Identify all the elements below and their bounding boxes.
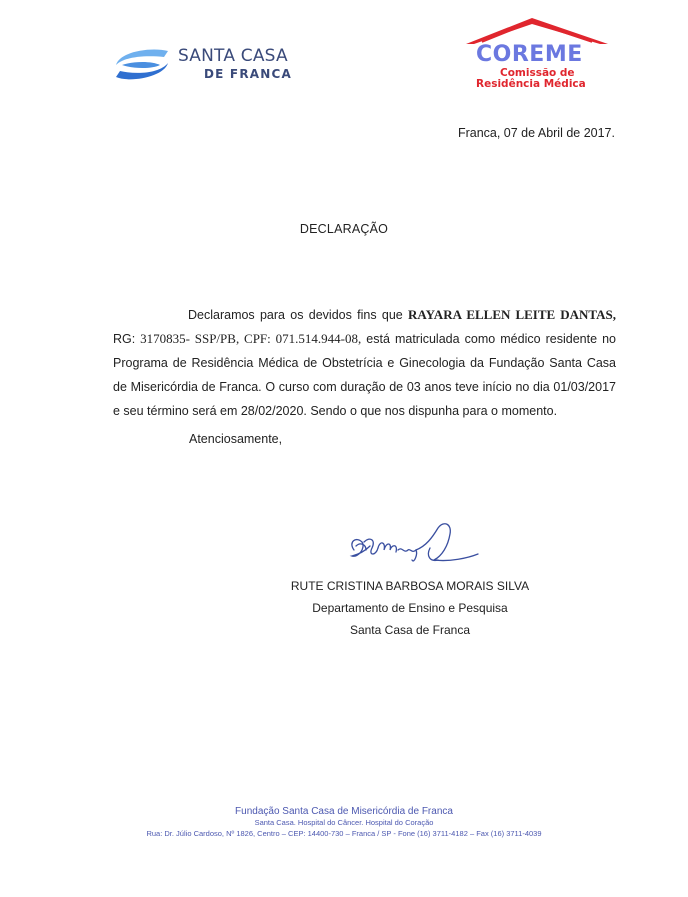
coreme-subtitle-2: Residência Médica (476, 78, 586, 90)
coreme-title: COREME (476, 42, 583, 67)
signature-icon (346, 520, 486, 577)
santa-casa-swoosh-icon (112, 47, 172, 83)
coreme-logo: COREME Comissão de Residência Médica (462, 14, 612, 92)
footer-foundation: Fundação Santa Casa de Misericórdia de F… (0, 806, 688, 818)
footer-address: Rua: Dr. Júlio Cardoso, Nº 1826, Centro … (0, 828, 688, 839)
signer-institution: Santa Casa de Franca (260, 619, 560, 641)
footer-hospitals: Santa Casa. Hospital do Câncer. Hospital… (0, 818, 688, 828)
signer-name: RUTE CRISTINA BARBOSA MORAIS SILVA (260, 575, 560, 597)
signer-department: Departamento de Ensino e Pesquisa (260, 597, 560, 619)
document-date: Franca, 07 de Abril de 2017. (458, 126, 615, 140)
santa-casa-logo: SANTA CASA DE FRANCA (112, 44, 302, 88)
body-intro: Declaramos para os devidos fins que (188, 308, 408, 322)
footer: Fundação Santa Casa de Misericórdia de F… (0, 806, 688, 839)
logo-title: SANTA CASA (178, 46, 288, 66)
logo-subtitle: DE FRANCA (204, 67, 292, 81)
rg-label: RG: (113, 332, 135, 346)
document-title: DECLARAÇÃO (0, 222, 688, 236)
signature-block: RUTE CRISTINA BARBOSA MORAIS SILVA Depar… (260, 575, 560, 641)
closing: Atenciosamente, (189, 432, 282, 446)
declaration-body: Declaramos para os devidos fins que RAYA… (113, 303, 616, 423)
resident-name: RAYARA ELLEN LEITE DANTAS, (408, 307, 616, 322)
resident-ids: 3170835- SSP/PB, CPF: 071.514.944-08, (135, 331, 361, 346)
